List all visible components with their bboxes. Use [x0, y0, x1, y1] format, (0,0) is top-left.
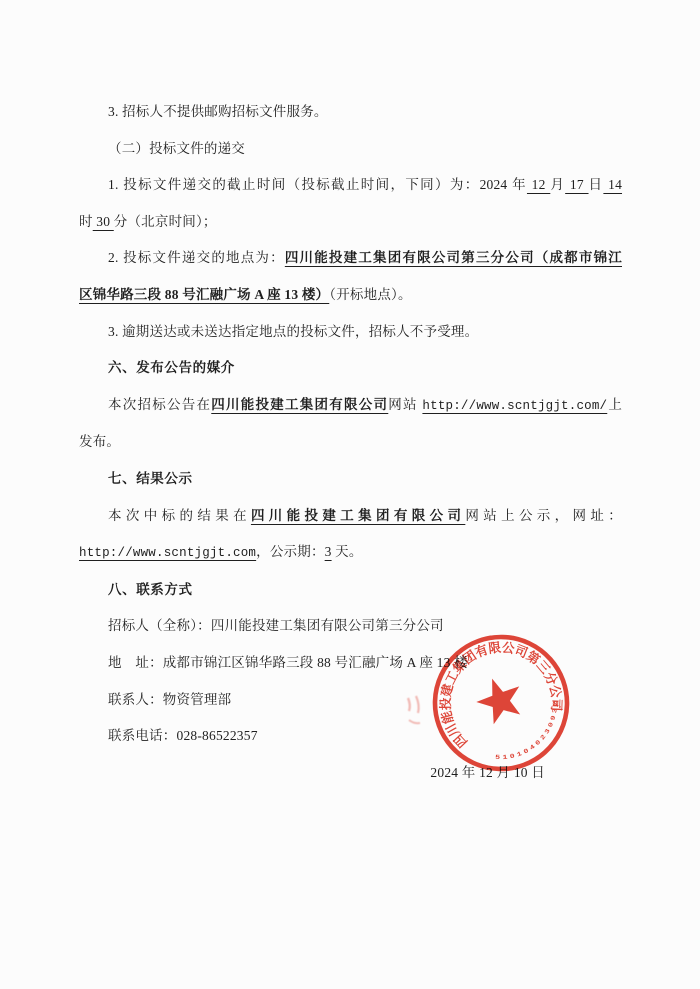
- para-deadline-line2: 时 30 分（北京时间）；: [79, 204, 622, 241]
- para-location-line2: 区锦华路三段 88 号汇融广场 A 座 13 楼）（开标地点）。: [79, 277, 622, 314]
- para-deadline-line1: 1. 投标文件递交的截止时间（投标截止时间，下同）为：2024 年 12 月 1…: [79, 167, 622, 204]
- text-run: 网站上公示，网址：: [465, 508, 622, 523]
- document-page: { "colors": { "paper": "#fcfcfc", "ink":…: [0, 0, 700, 989]
- text-run: 六、发布公告的媒介: [108, 360, 235, 375]
- text-run: 1. 投标文件递交的截止时间（投标截止时间，下同）为：2024 年: [108, 177, 527, 192]
- subheading-bid-submission: （二）投标文件的递交: [79, 131, 622, 168]
- text-run: 时: [79, 214, 93, 229]
- text-run: 分（北京时间）；: [114, 214, 217, 229]
- text-run: 3. 逾期送达或未送达指定地点的投标文件，招标人不予受理。: [108, 324, 478, 339]
- text-run: 上: [607, 397, 622, 412]
- text-run: 联系人：物资管理部: [108, 692, 231, 707]
- text-run: 区锦华路三段 88 号汇融广场 A 座 13 楼）: [79, 287, 329, 302]
- para-late-delivery: 3. 逾期送达或未送达指定地点的投标文件，招标人不予受理。: [79, 314, 622, 351]
- text-run: 17: [565, 177, 588, 192]
- text-run: 四川能投建工集团有限公司: [211, 397, 388, 412]
- paper-background: 3. 招标人不提供邮购招标文件服务。（二）投标文件的递交1. 投标文件递交的截止…: [0, 0, 700, 989]
- url-text: http://www.scntjgjt.com/: [422, 399, 607, 413]
- para-contact-person: 联系人：物资管理部: [79, 682, 622, 719]
- heading-announcement-media: 六、发布公告的媒介: [79, 350, 622, 387]
- text-run: 招标人（全称）：四川能投建工集团有限公司第三分公司: [108, 618, 444, 633]
- text-run: 30: [93, 214, 114, 229]
- text-run: 日: [589, 177, 604, 192]
- para-contact-phone: 联系电话：028-86522357: [79, 718, 622, 755]
- text-run: 地 址：成都市锦江区锦华路三段 88 号汇融广场 A 座 13 楼: [108, 655, 468, 670]
- para-result-line2: http://www.scntjgjt.com，公示期：3 天。: [79, 534, 622, 572]
- url-text: http://www.scntjgjt.com: [79, 546, 256, 560]
- para-address: 地 址：成都市锦江区锦华路三段 88 号汇融广场 A 座 13 楼: [79, 645, 622, 682]
- text-run: 八、联系方式: [108, 582, 193, 597]
- para-result-line1: 本次中标的结果在四川能投建工集团有限公司网站上公示，网址：: [79, 498, 622, 535]
- text-run: 12: [527, 177, 550, 192]
- para-bidder-name: 招标人（全称）：四川能投建工集团有限公司第三分公司: [79, 608, 622, 645]
- text-run: 14: [603, 177, 622, 192]
- document-body: 3. 招标人不提供邮购招标文件服务。（二）投标文件的递交1. 投标文件递交的截止…: [79, 94, 622, 791]
- text-run: 本次招标公告在: [108, 397, 211, 412]
- text-run: 发布。: [79, 434, 120, 449]
- text-run: （二）投标文件的递交: [108, 141, 245, 156]
- doc-date: 2024 年 12 月 10 日: [79, 755, 622, 792]
- text-run: 月: [550, 177, 565, 192]
- text-run: 四川能投建工集团有限公司: [251, 508, 465, 523]
- text-run: 四川能投建工集团有限公司第三分公司（成都市锦江: [285, 250, 622, 265]
- text-run: 3: [325, 544, 332, 559]
- text-run: 2. 投标文件递交的地点为：: [108, 250, 285, 265]
- text-run: 天。: [332, 544, 363, 559]
- text-run: ，公示期：: [256, 544, 325, 559]
- text-run: 本次中标的结果在: [108, 508, 251, 523]
- text-run: 七、结果公示: [108, 471, 193, 486]
- text-run: 联系电话：028-86522357: [108, 728, 258, 743]
- text-run: 3. 招标人不提供邮购招标文件服务。: [108, 104, 328, 119]
- para-announcement-line2: 发布。: [79, 424, 622, 461]
- heading-contact-info: 八、联系方式: [79, 572, 622, 609]
- para-announcement-line1: 本次招标公告在四川能投建工集团有限公司网站 http://www.scntjgj…: [79, 387, 622, 425]
- text-run: 网站: [388, 397, 422, 412]
- para-location-line1: 2. 投标文件递交的地点为：四川能投建工集团有限公司第三分公司（成都市锦江: [79, 240, 622, 277]
- para-no-mail-order: 3. 招标人不提供邮购招标文件服务。: [79, 94, 622, 131]
- text-run: 2024 年 12 月 10 日: [430, 765, 545, 780]
- heading-result-publicity: 七、结果公示: [79, 461, 622, 498]
- text-run: （开标地点）。: [329, 287, 411, 302]
